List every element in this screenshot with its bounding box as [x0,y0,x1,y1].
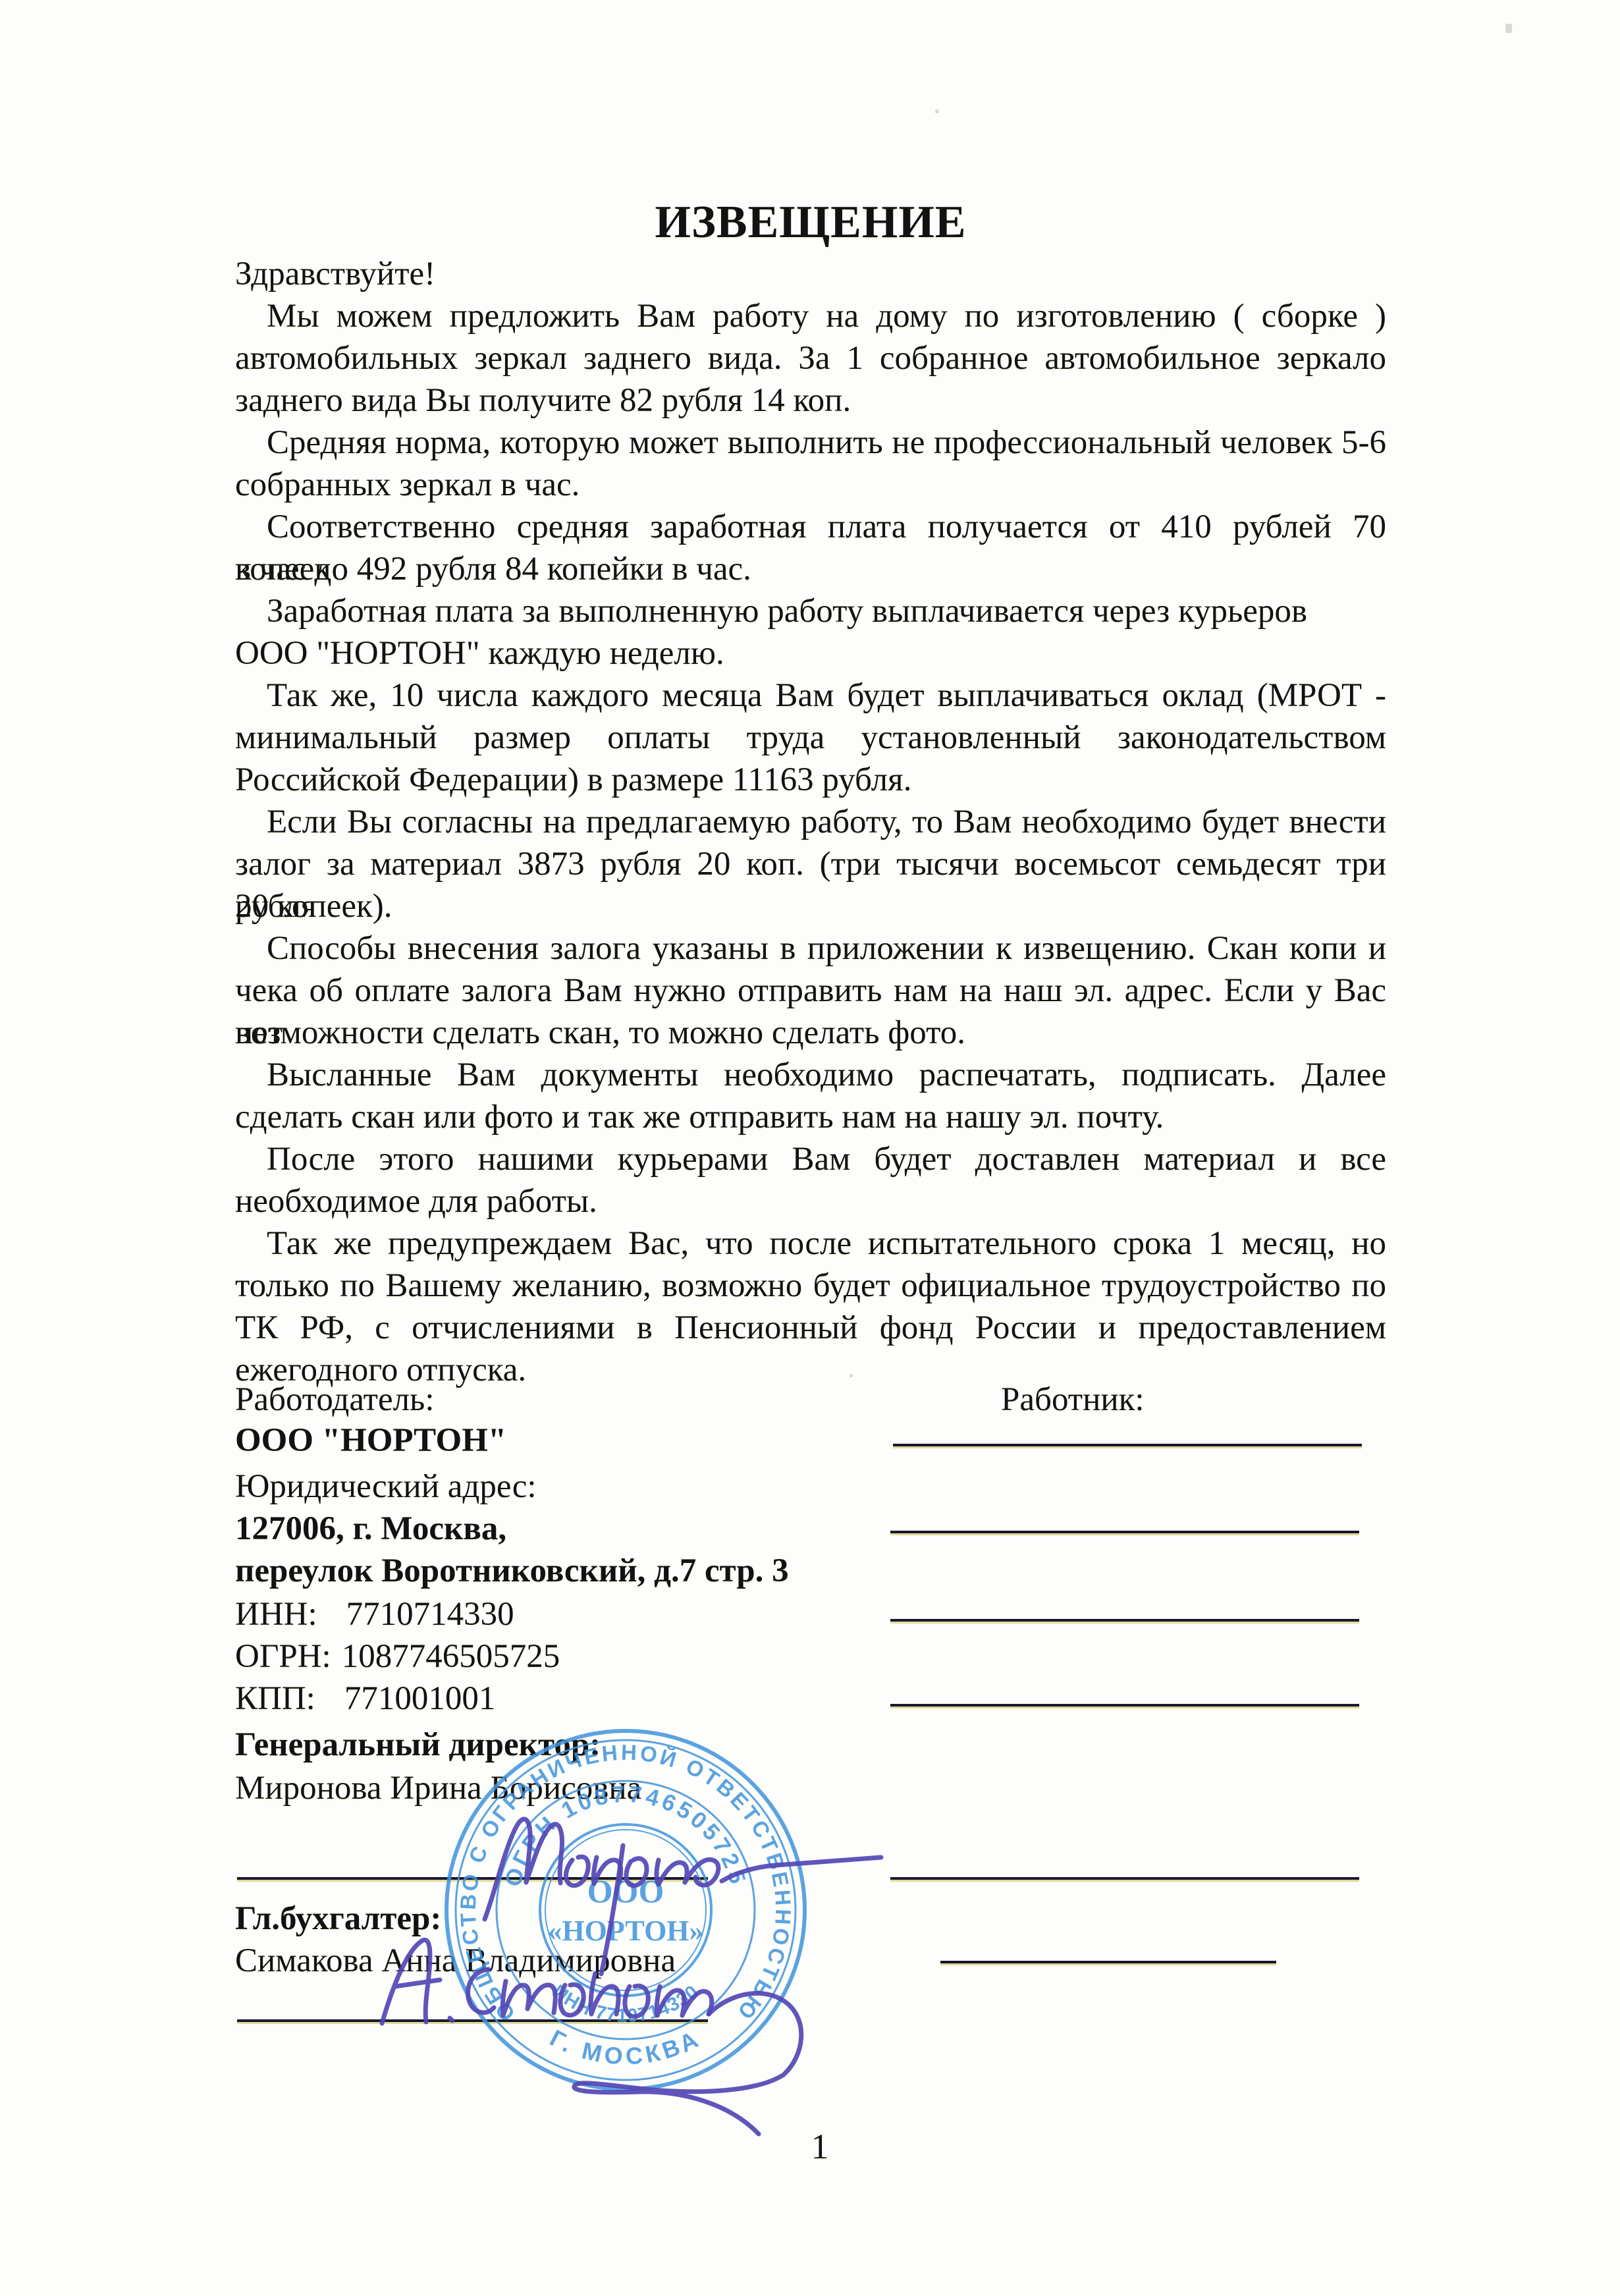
body-line: необходимое для работы. [235,1180,1386,1222]
director-name: Миронова Ирина Борисовна [235,1769,641,1807]
employer-label: Работодатель: [235,1380,435,1419]
worker-signature-line-1 [893,1444,1362,1446]
kpp-value: 771001001 [344,1680,496,1717]
inn-value: 7710714330 [346,1596,514,1633]
document-body: Здравствуйте!Мы можем предложить Вам раб… [235,253,1386,1391]
body-line: После этого нашими курьерами Вам будет д… [235,1138,1386,1180]
body-line: в час до 492 рубля 84 копейки в час. [235,548,1386,590]
body-line: заднего вида Вы получите 82 рубля 14 коп… [235,379,1386,422]
body-line: залог за материал 3873 рубля 20 коп. (тр… [235,843,1386,885]
kpp-row: КПП:771001001 [235,1680,495,1718]
worker-signature-line-2 [890,1531,1359,1533]
scan-speck [1505,24,1512,33]
body-line: Средняя норма, которую может выполнить н… [235,422,1386,464]
inn-row: ИНН:7710714330 [235,1595,514,1633]
address-line-2: переулок Воротниковский, д.7 стр. 3 [235,1552,789,1590]
body-line: Так же предупреждаем Вас, что после испы… [235,1222,1386,1265]
director-label: Генеральный директор: [235,1726,601,1764]
worker-signature-line-short [940,1961,1276,1963]
body-line: Способы внесения залога указаны в прилож… [235,927,1386,970]
stamp-city-text: Г. МОСКВА [546,2024,706,2069]
body-line: собранных зеркал в час. [235,464,1386,506]
worker-signature-line-5 [890,1877,1359,1880]
body-line: Так же, 10 числа каждого месяца Вам буде… [235,674,1386,717]
scan-speck [850,1374,853,1377]
body-line: возможности сделать скан, то можно сдела… [235,1012,1386,1054]
body-line: Здравствуйте! [235,253,1386,295]
worker-label: Работник: [1001,1380,1145,1419]
employer-signature-line-2 [237,2019,708,2022]
address-line-1: 127006, г. Москва, [235,1510,506,1548]
scan-speck [935,109,939,113]
body-line: ТК РФ, с отчислениями в Пенсионный фонд … [235,1307,1386,1349]
worker-signature-line-4 [890,1704,1359,1707]
body-line: Высланные Вам документы необходимо распе… [235,1054,1386,1096]
stamp-middle-ring [497,1781,755,2039]
body-line: чека об оплате залога Вам нужно отправит… [235,970,1386,1012]
kpp-label: КПП: [235,1680,315,1717]
ogrn-row: ОГРН:1087746505725 [235,1637,560,1676]
company-name: ООО "НОРТОН" [235,1421,506,1460]
body-line: сделать скан или фото и так же отправить… [235,1096,1386,1138]
body-line: Соответственно средняя заработная плата … [235,506,1386,548]
legal-address-label: Юридический адрес: [235,1467,537,1506]
accountant-label: Гл.бухгалтер: [235,1900,441,1938]
body-line: автомобильных зеркал заднего вида. За 1 … [235,337,1386,379]
body-line: Заработная плата за выполненную работу в… [235,590,1386,632]
inn-label: ИНН: [235,1596,317,1633]
scanned-document-page: ИЗВЕЩЕНИЕ Здравствуйте!Мы можем предложи… [0,0,1620,2296]
body-line: Российской Федерации) в размере 11163 ру… [235,759,1386,801]
page-number: 1 [780,2126,859,2167]
employer-signature-line-1 [237,1877,708,1880]
ogrn-value: 1087746505725 [342,1638,560,1675]
body-line: Мы можем предложить Вам работу на дому п… [235,295,1386,337]
document-title: ИЗВЕЩЕНИЕ [235,195,1386,250]
accountant-name: Симакова Анна Владимировна [235,1942,676,1980]
body-line: Если Вы согласны на предлагаемую работу,… [235,801,1386,843]
ogrn-label: ОГРН: [235,1638,331,1675]
body-line: ООО "НОРТОН" каждую неделю. [235,632,1386,674]
body-line: только по Вашему желанию, возможно будет… [235,1265,1386,1307]
body-line: 20 копеек). [235,885,1386,927]
body-line: минимальный размер оплаты труда установл… [235,717,1386,759]
worker-signature-line-3 [890,1619,1359,1622]
